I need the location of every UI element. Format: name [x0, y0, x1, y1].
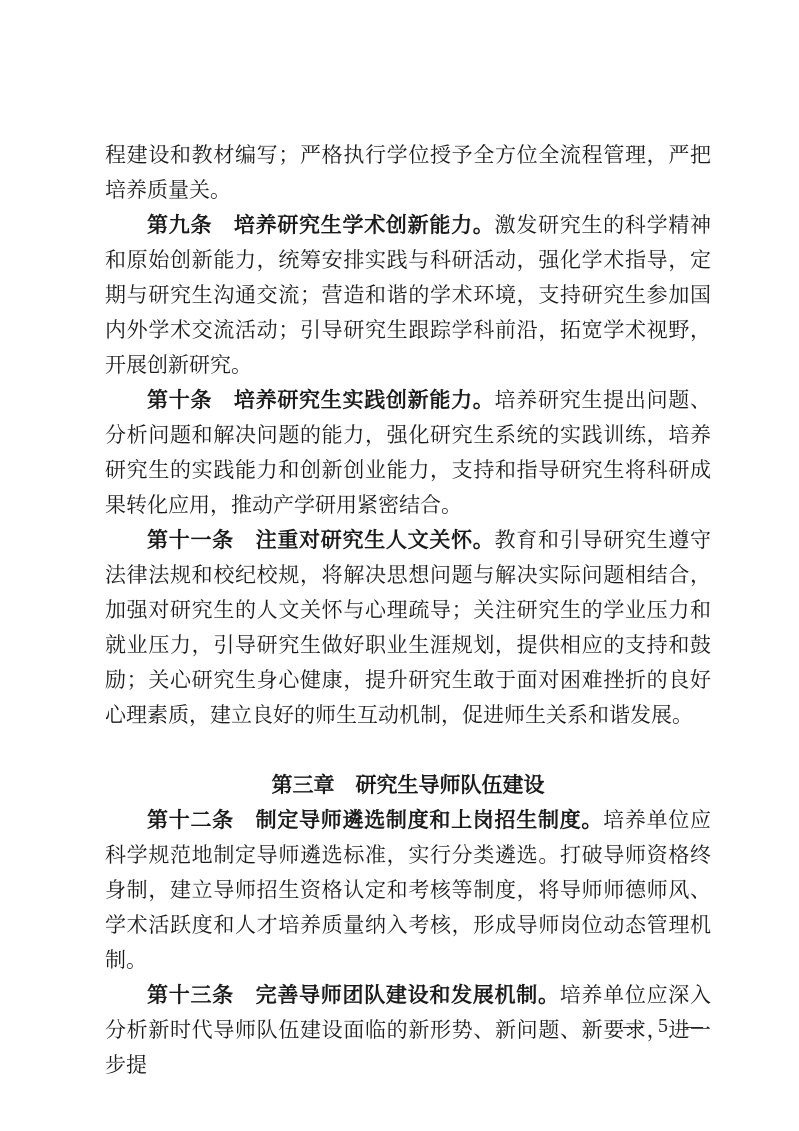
article-10-title: 第十条 培养研究生实践创新能力。: [147, 388, 495, 412]
article-11: 第十一条 注重对研究生人文关怀。教育和引导研究生遵守法律法规和校纪校规，将解决思…: [105, 523, 711, 733]
article-10: 第十条 培养研究生实践创新能力。培养研究生提出问题、分析问题和解决问题的能力，强…: [105, 383, 711, 523]
chapter-3-heading: 第三章 研究生导师队伍建设: [105, 768, 711, 803]
article-12: 第十二条 制定导师遴选制度和上岗招生制度。培养单位应科学规范地制定导师遴选标准，…: [105, 803, 711, 978]
document-page: 程建设和教材编写；严格执行学位授予全方位全流程管理，严把培养质量关。 第九条 培…: [0, 0, 799, 1131]
body-text: 程建设和教材编写；严格执行学位授予全方位全流程管理，严把培养质量关。 第九条 培…: [105, 138, 711, 1083]
article-9-body: 激发研究生的科学精神和原始创新能力，统筹安排实践与科研活动，强化学术指导，定期与…: [105, 213, 711, 377]
article-13-title: 第十三条 完善导师团队建设和发展机制。: [147, 983, 560, 1007]
article-9: 第九条 培养研究生学术创新能力。激发研究生的科学精神和原始创新能力，统筹安排实践…: [105, 208, 711, 383]
article-12-title: 第十二条 制定导师遴选制度和上岗招生制度。: [147, 808, 603, 832]
article-11-body: 教育和引导研究生遵守法律法规和校纪校规，将解决思想问题与解决实际问题相结合，加强…: [105, 528, 711, 727]
continuation-text: 程建设和教材编写；严格执行学位授予全方位全流程管理，严把培养质量关。: [105, 143, 711, 202]
article-11-title: 第十一条 注重对研究生人文关怀。: [147, 528, 495, 552]
article-13: 第十三条 完善导师团队建设和发展机制。培养单位应深入分析新时代导师队伍建设面临的…: [105, 978, 711, 1083]
article-9-title: 第九条 培养研究生学术创新能力。: [147, 213, 495, 237]
paragraph-continuation: 程建设和教材编写；严格执行学位授予全方位全流程管理，严把培养质量关。: [105, 138, 711, 208]
article-12-body: 培养单位应科学规范地制定导师遴选标准，实行分类遴选。打破导师资格终身制，建立导师…: [105, 808, 711, 972]
page-number: — 5 —: [623, 1014, 703, 1038]
